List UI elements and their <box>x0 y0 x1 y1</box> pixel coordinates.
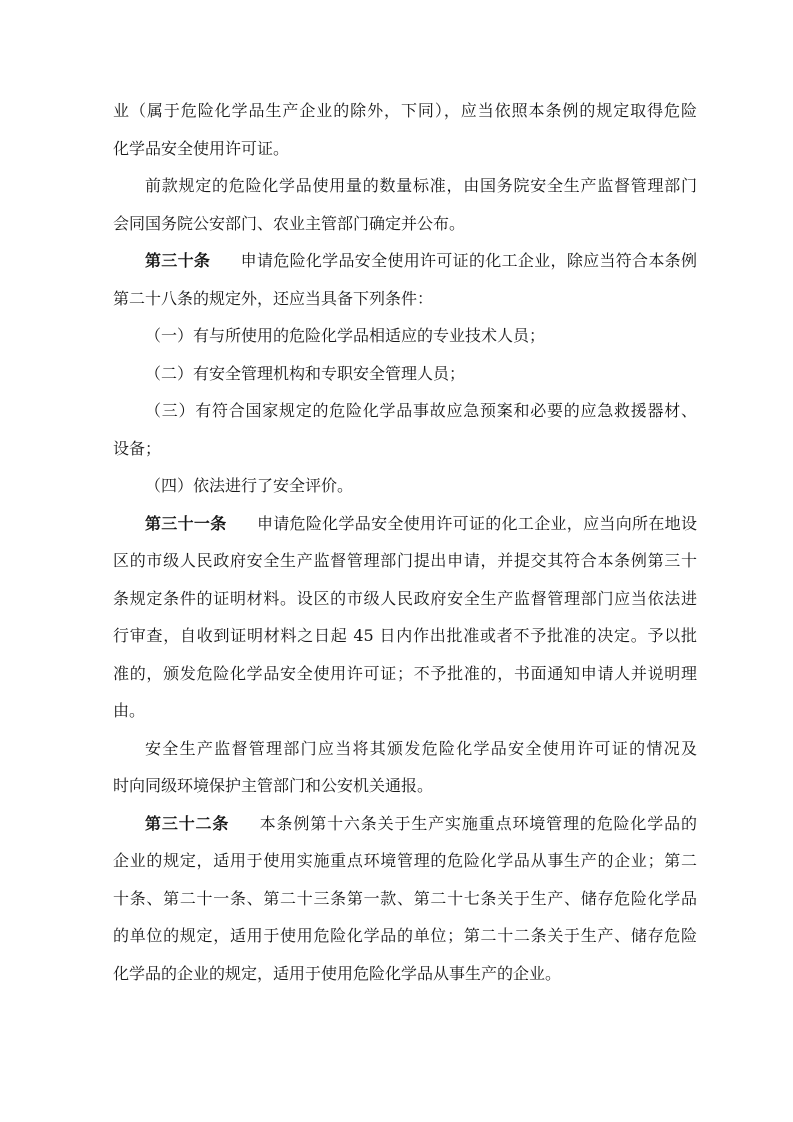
text-line: 前款规定的危险化学品使用量的数量标准，由国务院安全生产监督管理部门 <box>113 167 697 205</box>
text-line: 的单位的规定，适用于使用危险化学品的单位；第二十二条关于生产、储存危险 <box>113 917 697 955</box>
text-line: 准的，颁发危险化学品安全使用许可证；不予批准的，书面通知申请人并说明理 <box>113 655 697 693</box>
text-line: （四）依法进行了安全评价。 <box>113 467 697 505</box>
text-line: （二）有安全管理机构和专职安全管理人员； <box>113 355 697 393</box>
text-line: （一）有与所使用的危险化学品相适应的专业技术人员； <box>113 317 697 355</box>
paragraph: 第三十一条申请危险化学品安全使用许可证的化工企业，应当向所在地设区的市级人民政府… <box>113 505 697 730</box>
text-line: 第三十二条本条例第十六条关于生产实施重点环境管理的危险化学品的 <box>113 805 697 843</box>
article-number-label: 第三十条 <box>145 251 210 270</box>
text-line: 安全生产监督管理部门应当将其颁发危险化学品安全使用许可证的情况及 <box>113 730 697 768</box>
document-page: 业（属于危险化学品生产企业的除外，下同），应当依照本条例的规定取得危险化学品安全… <box>0 0 793 1122</box>
text-line: （三）有符合国家规定的危险化学品事故应急预案和必要的应急救援器材、 <box>113 392 697 430</box>
text-line: 第二十八条的规定外，还应当具备下列条件： <box>113 280 697 318</box>
text-line: 化学品安全使用许可证。 <box>113 130 697 168</box>
paragraph: （二）有安全管理机构和专职安全管理人员； <box>113 355 697 393</box>
text-line: 第三十条申请危险化学品安全使用许可证的化工企业，除应当符合本条例 <box>113 242 697 280</box>
paragraph: （四）依法进行了安全评价。 <box>113 467 697 505</box>
text-line: 条规定条件的证明材料。设区的市级人民政府安全生产监督管理部门应当依法进 <box>113 580 697 618</box>
text-line: 区的市级人民政府安全生产监督管理部门提出申请，并提交其符合本条例第三十 <box>113 542 697 580</box>
paragraph: 第三十二条本条例第十六条关于生产实施重点环境管理的危险化学品的企业的规定，适用于… <box>113 805 697 993</box>
paragraph: （三）有符合国家规定的危险化学品事故应急预案和必要的应急救援器材、设备； <box>113 392 697 467</box>
text-line: 会同国务院公安部门、农业主管部门确定并公布。 <box>113 205 697 243</box>
article-number-label: 第三十二条 <box>145 814 229 833</box>
paragraph: 第三十条申请危险化学品安全使用许可证的化工企业，除应当符合本条例第二十八条的规定… <box>113 242 697 317</box>
text-line: 时向同级环境保护主管部门和公安机关通报。 <box>113 767 697 805</box>
text-line: 业（属于危险化学品生产企业的除外，下同），应当依照本条例的规定取得危险 <box>113 92 697 130</box>
text-line: 十条、第二十一条、第二十三条第一款、第二十七条关于生产、储存危险化学品 <box>113 880 697 918</box>
text-line: 第三十一条申请危险化学品安全使用许可证的化工企业，应当向所在地设 <box>113 505 697 543</box>
paragraph: 业（属于危险化学品生产企业的除外，下同），应当依照本条例的规定取得危险化学品安全… <box>113 92 697 167</box>
article-number-label: 第三十一条 <box>145 514 227 533</box>
text-line: 设备； <box>113 430 697 468</box>
paragraph: （一）有与所使用的危险化学品相适应的专业技术人员； <box>113 317 697 355</box>
text-line: 行审查，自收到证明材料之日起 45 日内作出批准或者不予批准的决定。予以批 <box>113 617 697 655</box>
paragraph: 前款规定的危险化学品使用量的数量标准，由国务院安全生产监督管理部门会同国务院公安… <box>113 167 697 242</box>
text-line: 企业的规定，适用于使用实施重点环境管理的危险化学品从事生产的企业；第二 <box>113 842 697 880</box>
text-line: 化学品的企业的规定，适用于使用危险化学品从事生产的企业。 <box>113 955 697 993</box>
text-line: 由。 <box>113 692 697 730</box>
document-text-block: 业（属于危险化学品生产企业的除外，下同），应当依照本条例的规定取得危险化学品安全… <box>113 92 697 992</box>
paragraph: 安全生产监督管理部门应当将其颁发危险化学品安全使用许可证的情况及时向同级环境保护… <box>113 730 697 805</box>
